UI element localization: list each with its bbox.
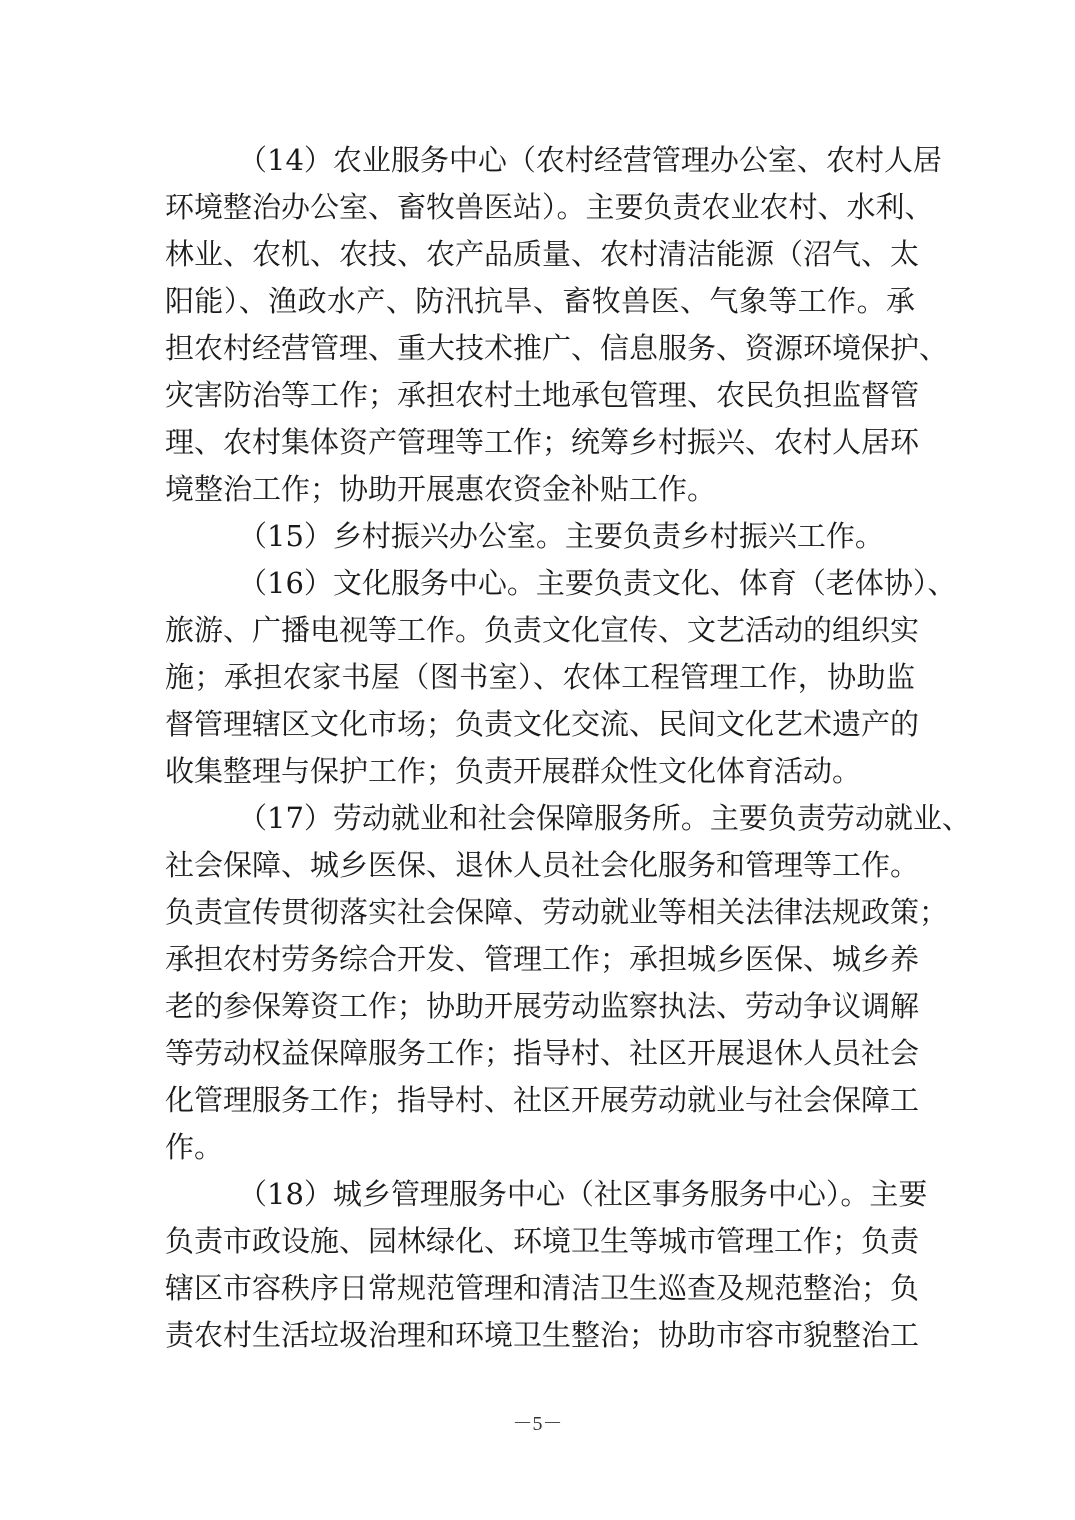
text-line: 等劳动权益保障服务工作；指导村、社区开展退休人员社会 — [165, 1033, 915, 1080]
text-line: 化管理服务工作；指导村、社区开展劳动就业与社会保障工 — [165, 1080, 915, 1127]
text-line: 收集整理与保护工作；负责开展群众性文化体育活动。 — [165, 751, 915, 798]
text-line: （14）农业服务中心（农村经营管理办公室、农村人居 — [165, 140, 915, 187]
text-line: 旅游、广播电视等工作。负责文化宣传、文艺活动的组织实 — [165, 610, 915, 657]
paragraph-15: （15）乡村振兴办公室。主要负责乡村振兴工作。 — [165, 516, 915, 563]
text-line: 环境整治办公室、畜牧兽医站）。主要负责农业农村、水利、 — [165, 187, 915, 234]
text-line: 境整治工作；协助开展惠农资金补贴工作。 — [165, 469, 915, 516]
text-line: 担农村经营管理、重大技术推广、信息服务、资源环境保护、 — [165, 328, 915, 375]
text-line: 灾害防治等工作；承担农村土地承包管理、农民负担监督管 — [165, 375, 915, 422]
text-line: 责农村生活垃圾治理和环境卫生整治；协助市容市貌整治工 — [165, 1315, 915, 1362]
text-line: （17）劳动就业和社会保障服务所。主要负责劳动就业、 — [165, 798, 915, 845]
text-line: 林业、农机、农技、农产品质量、农村清洁能源（沼气、太 — [165, 234, 915, 281]
text-line: 老的参保筹资工作；协助开展劳动监察执法、劳动争议调解 — [165, 986, 915, 1033]
text-line: （15）乡村振兴办公室。主要负责乡村振兴工作。 — [165, 516, 915, 563]
document-body: （14）农业服务中心（农村经营管理办公室、农村人居 环境整治办公室、畜牧兽医站）… — [165, 140, 915, 1362]
page-number: －5－ — [0, 1407, 1075, 1436]
text-line: 理、农村集体资产管理等工作；统筹乡村振兴、农村人居环 — [165, 422, 915, 469]
paragraph-17: （17）劳动就业和社会保障服务所。主要负责劳动就业、 社会保障、城乡医保、退休人… — [165, 798, 915, 1174]
text-line: 社会保障、城乡医保、退休人员社会化服务和管理等工作。 — [165, 845, 915, 892]
text-line: 作。 — [165, 1127, 915, 1174]
text-line: （18）城乡管理服务中心（社区事务服务中心）。主要 — [165, 1174, 915, 1221]
paragraph-16: （16）文化服务中心。主要负责文化、体育（老体协）、 旅游、广播电视等工作。负责… — [165, 563, 915, 798]
document-page: （14）农业服务中心（农村经营管理办公室、农村人居 环境整治办公室、畜牧兽医站）… — [0, 0, 1075, 1520]
paragraph-18: （18）城乡管理服务中心（社区事务服务中心）。主要 负责市政设施、园林绿化、环境… — [165, 1174, 915, 1362]
text-line: （16）文化服务中心。主要负责文化、体育（老体协）、 — [165, 563, 915, 610]
text-line: 负责市政设施、园林绿化、环境卫生等城市管理工作；负责 — [165, 1221, 915, 1268]
text-line: 阳能）、渔政水产、防汛抗旱、畜牧兽医、气象等工作。承 — [165, 281, 915, 328]
text-line: 督管理辖区文化市场；负责文化交流、民间文化艺术遗产的 — [165, 704, 915, 751]
paragraph-14: （14）农业服务中心（农村经营管理办公室、农村人居 环境整治办公室、畜牧兽医站）… — [165, 140, 915, 516]
text-line: 施；承担农家书屋（图书室）、农体工程管理工作，协助监 — [165, 657, 915, 704]
text-line: 承担农村劳务综合开发、管理工作；承担城乡医保、城乡养 — [165, 939, 915, 986]
text-line: 负责宣传贯彻落实社会保障、劳动就业等相关法律法规政策； — [165, 892, 915, 939]
text-line: 辖区市容秩序日常规范管理和清洁卫生巡查及规范整治；负 — [165, 1268, 915, 1315]
